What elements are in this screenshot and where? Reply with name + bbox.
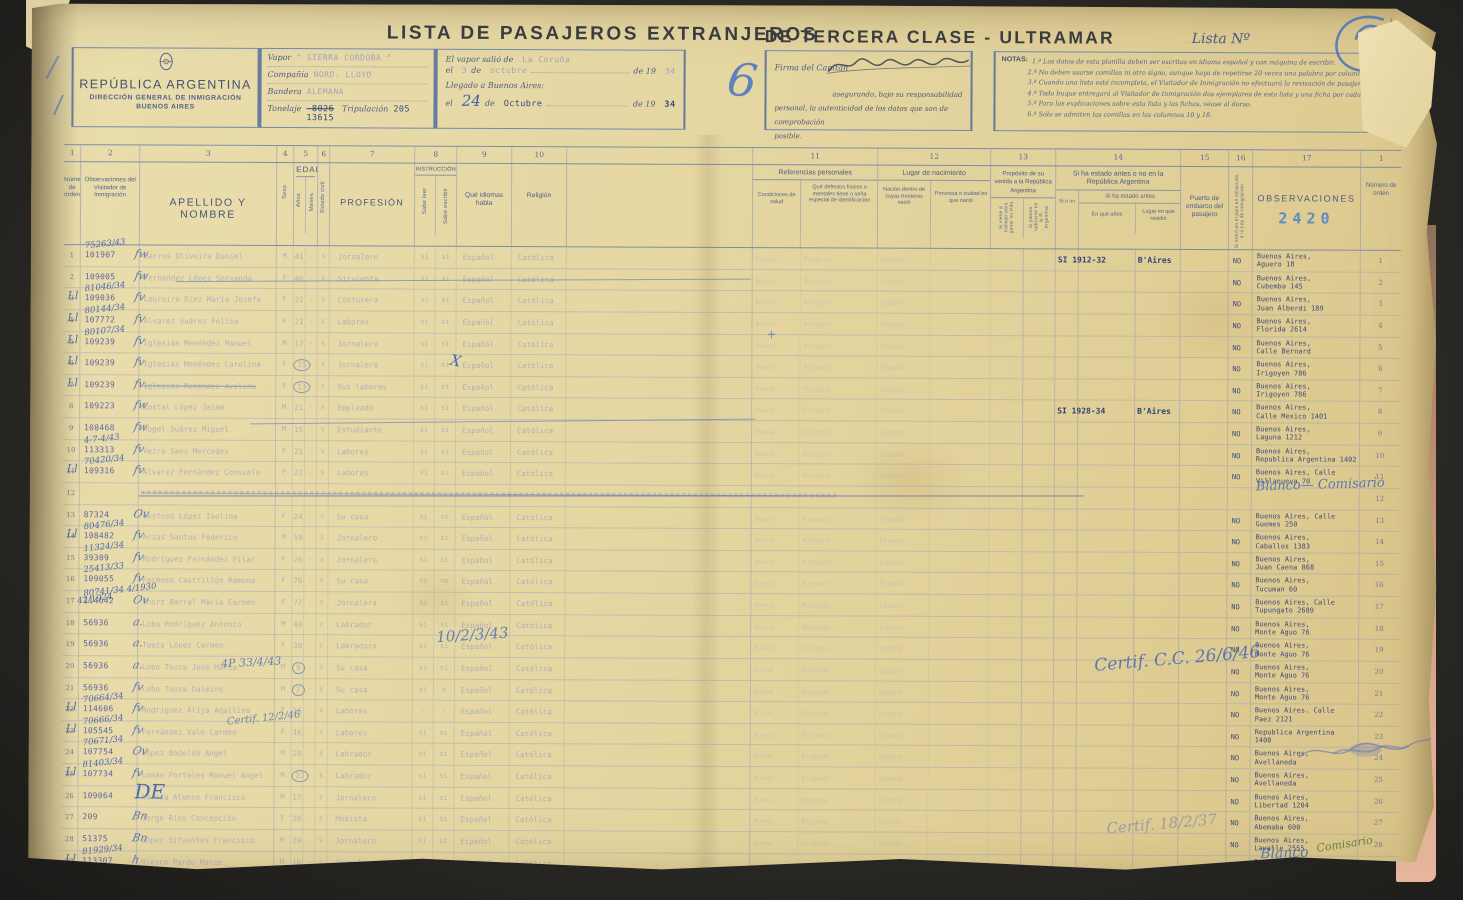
cell-meses: -: [305, 311, 317, 332]
cell-nac: España: [878, 249, 931, 270]
cell-anosA: [1078, 358, 1135, 379]
cell-leer: si: [413, 679, 434, 700]
cell-prof: Labrador: [328, 765, 413, 786]
cell-pb: [1023, 379, 1055, 400]
cell-puerto: [1180, 336, 1228, 357]
cell-sino: [1054, 552, 1077, 573]
cell-def: Ninguno: [799, 702, 876, 723]
cell-obs: Buenos Aires,Irigoyen 786: [1252, 380, 1360, 401]
cell-no: NO: [1228, 380, 1252, 401]
cancel-pen-line: [139, 495, 1084, 496]
cell-idb: Ll81403/34107734fv: [79, 764, 138, 785]
cell-def: Ninguno: [798, 789, 875, 810]
cell-prov: [928, 789, 988, 810]
cell-anosA: [1078, 509, 1135, 530]
cell-pa: [990, 357, 1023, 378]
cell-n: 10: [63, 440, 80, 461]
cell-sino: [1055, 466, 1078, 487]
cell-anosA: [1076, 790, 1133, 811]
visitador-id-number: 114606: [83, 704, 114, 713]
visitador-id-number: 113313: [84, 445, 115, 454]
cell-anios: 19: [293, 527, 305, 548]
cell-leer: si: [414, 311, 435, 332]
cell-meses: [303, 873, 315, 894]
passenger-name: Costal López Jaime: [143, 403, 224, 412]
cell-gap: [565, 701, 751, 722]
cell-rel: Católica: [510, 615, 565, 636]
cell-lug: [1135, 423, 1180, 444]
cell-rel: Católica: [511, 528, 566, 549]
cell-esc: -: [434, 701, 455, 722]
visitador-id-number: 107772: [85, 315, 116, 324]
cell-no: NO: [1227, 575, 1251, 596]
cell-pa: [988, 855, 1021, 876]
cell-nr: 9: [1360, 424, 1400, 445]
cell-leer: si: [414, 463, 435, 484]
cell-idi: Español: [456, 506, 511, 527]
cell-nac: España: [877, 508, 930, 529]
cell-sal: [750, 875, 798, 896]
cell-nr: 13: [1360, 510, 1400, 531]
cell-prof: Sirvienta: [330, 268, 415, 289]
cell-anosA: [1077, 704, 1134, 725]
cell-no: NO: [1228, 510, 1252, 531]
cell-lug: [1133, 877, 1178, 898]
cell-prov: [929, 681, 989, 702]
cell-est: c: [316, 614, 328, 635]
cell-def: Ninguno: [798, 767, 875, 788]
cell-pb: [1023, 509, 1055, 530]
cell-puerto: [1180, 423, 1228, 444]
cell-sal: Buena: [751, 745, 799, 766]
cell-prov: [929, 595, 989, 616]
cell-no: NO: [1228, 531, 1252, 552]
cell-leer: si: [413, 593, 434, 614]
cell-prov: [930, 335, 990, 356]
age-value: 21: [294, 317, 303, 326]
cell-nr: 18: [1359, 618, 1399, 639]
cell-nm: Lobo Rodríguez Antonio: [138, 613, 275, 634]
cell-prof: Su casa: [328, 657, 413, 678]
cell-prov: [929, 746, 989, 767]
notas-label: NOTAS:: [1002, 56, 1028, 63]
cell-nac: España: [876, 551, 929, 572]
cell-idi: Español: [454, 852, 509, 873]
age-value: 21: [295, 295, 304, 304]
cell-prof: Jornalero: [330, 246, 415, 267]
cell-est: v: [316, 571, 328, 592]
visitador-id-number: 56936: [83, 683, 109, 692]
cell-pa: [990, 509, 1023, 530]
cell-pa: [990, 465, 1023, 486]
visitador-id-number: 101907: [85, 250, 116, 259]
cell-leer: si: [414, 355, 435, 376]
cell-sino: [1055, 531, 1078, 552]
cell-prov: [928, 854, 988, 875]
org-office: DIRECCIÓN GENERAL DE INMIGRACIÓN: [73, 94, 257, 102]
cell-prof: Jornalero: [328, 549, 413, 570]
cell-sino: [1054, 639, 1077, 660]
cell-sino: [1053, 833, 1076, 854]
cell-def: Ninguno: [800, 313, 877, 334]
cell-rel: Católica: [511, 312, 566, 333]
cell-leer: si: [413, 722, 434, 743]
cell-anios: 22: [292, 765, 304, 786]
cell-est: s: [315, 852, 327, 873]
cell-sino: [1054, 660, 1077, 681]
cell-sino: [1053, 877, 1076, 898]
cell-no: [1226, 877, 1250, 898]
cell-sal: Buena: [751, 681, 799, 702]
cell-n: 27: [61, 807, 78, 828]
cell-meses: -: [304, 700, 316, 721]
cell-obs: Buenos Aires,Tucuman 60: [1251, 575, 1359, 596]
passenger-table: 1 2 3 4 5 6 7 8 9 10 11 12 13 14 15 16 1…: [61, 144, 1401, 900]
cell-sino: [1054, 747, 1077, 768]
cell-sexo: F: [276, 462, 293, 483]
cell-esc: no: [434, 571, 455, 592]
cell-est: s: [315, 808, 327, 829]
cell-anosA: [1079, 293, 1136, 314]
cell-nr: 26: [1358, 791, 1398, 812]
age-value: 22: [294, 468, 303, 477]
visitador-id-number: 109005: [85, 272, 116, 281]
firma-text2: personal, la autenticidad de los datos q…: [774, 101, 962, 130]
cell-nm: López Sifuentes Francisco: [137, 829, 274, 850]
cell-prov: [928, 768, 988, 789]
cell-sal: Buena: [750, 854, 798, 875]
cell-est: s: [317, 462, 329, 483]
cell-est: s: [316, 722, 328, 743]
cell-meses: -: [305, 441, 317, 462]
cell-sal: Buena: [753, 291, 801, 312]
header-observaciones: OBSERVACIONES 2420: [1253, 167, 1361, 249]
cell-def: Ninguno: [801, 248, 878, 269]
cell-def: Ninguno: [800, 378, 877, 399]
cell-meses: -: [304, 657, 316, 678]
compania-value: NORD. LLOYD: [313, 70, 372, 79]
header-instruccion-group: INSTRUCCIÓN Sabe leer Sabe escribir: [415, 164, 457, 246]
cell-anosA: [1077, 617, 1134, 638]
cell-obs: Buenos Aires,Calle Mexico 1401: [1252, 402, 1360, 423]
cell-est: s: [318, 289, 330, 310]
cell-nac: España: [878, 292, 931, 313]
cell-anios: 21: [293, 311, 305, 332]
cell-def: Ninguno: [798, 832, 875, 853]
cell-esc: si: [434, 593, 455, 614]
cell-sino: [1053, 790, 1076, 811]
cell-est: s: [316, 700, 328, 721]
cell-rel: [509, 874, 564, 895]
cell-anios: 21: [293, 441, 305, 462]
cell-nm: Lobo Touza Dalmiro: [138, 678, 275, 699]
cell-sal: Buena: [751, 724, 799, 745]
cell-n: 9: [63, 418, 80, 439]
passenger-name: Touza López Carmen: [142, 641, 223, 650]
tonelaje-label: Tonelaje: [267, 104, 301, 113]
cell-no: NO: [1228, 466, 1252, 487]
cell-puerto: [1180, 509, 1228, 530]
passenger-name: Rogel Suárez Miguel: [143, 424, 229, 433]
cell-meses: -: [304, 765, 316, 786]
cell-sexo: M: [275, 765, 292, 786]
cell-est: s: [317, 506, 329, 527]
cell-prof: Jornalera: [329, 354, 414, 375]
passenger-name: Iglesias Menéndez Carolina: [143, 360, 260, 370]
visitador-id-number: 107754: [83, 748, 114, 757]
cell-sino: [1055, 422, 1078, 443]
cell-sal: Buena: [751, 659, 799, 680]
cell-idb: 75263/43101907fw: [81, 245, 140, 266]
cell-no: NO: [1227, 553, 1251, 574]
cell-puerto: [1179, 553, 1227, 574]
cell-leer: si: [414, 506, 435, 527]
cell-nm: xxxxxxxxxxxxxxxxxxxxxxxxxxxxxxxxxxxxxxxx…: [139, 483, 276, 504]
cell-sexo: F: [275, 549, 292, 570]
cell-lug: [1135, 509, 1180, 530]
cell-sino: [1055, 379, 1078, 400]
cell-def: Ninguno: [800, 529, 877, 550]
cell-sexo: F: [276, 354, 293, 375]
argentina-shield-icon: [158, 52, 173, 70]
visitador-id-number: 109036: [85, 293, 116, 302]
page-subtitle: DE TERCERA CLASE - ULTRAMAR: [765, 26, 1115, 49]
handwritten-list-mark: 6: [724, 51, 761, 109]
cell-pa: [990, 336, 1023, 357]
age-value: 40: [293, 620, 302, 629]
cell-meses: -: [304, 679, 316, 700]
cell-puerto: [1179, 726, 1227, 747]
cell-idi: Español: [456, 312, 511, 333]
cell-prof: Labrador: [328, 614, 413, 635]
cell-pb: [1022, 552, 1054, 573]
passenger-name: Álvarez Fernández Consuelo: [143, 468, 260, 478]
cell-sexo: M: [275, 679, 292, 700]
cell-rel: Católica: [512, 247, 567, 268]
header-edad-group: EDAD Años Meses: [294, 163, 318, 245]
cell-lug: [1135, 358, 1180, 379]
cell-no: NO: [1229, 250, 1253, 271]
cell-est: s: [317, 333, 329, 354]
cell-gap: [566, 507, 752, 528]
cell-pa: [989, 660, 1022, 681]
margin-pen-slash: [53, 95, 64, 116]
header-apellido-nombre: APELLIDO Y NOMBRE: [140, 162, 277, 245]
vapor-label: Vapor: [268, 53, 292, 62]
cell-meses: -: [303, 830, 315, 851]
salio-label: El vapor salió de: [446, 55, 514, 64]
cell-sal: Buena: [752, 356, 800, 377]
cell-pb: [1022, 595, 1054, 616]
age-value: 9: [292, 662, 305, 674]
cell-nm: Rodríguez Fernández Pilar: [138, 548, 275, 569]
cell-lug: [1134, 704, 1179, 725]
cell-sexo: F: [275, 722, 292, 743]
cell-no: NO: [1227, 618, 1251, 639]
cell-no: NO: [1226, 812, 1250, 833]
cell-no: NO: [1229, 272, 1253, 293]
cell-obs: Buenos Aires,Juan Caena 868: [1251, 553, 1359, 574]
age-value: 17: [292, 793, 301, 802]
cell-obs: Buenos Aires,Monte Aguo 76: [1251, 618, 1359, 639]
cell-nm: Iglesias Menéndez Avelina: [139, 375, 276, 396]
cell-nac: España: [877, 314, 930, 335]
passenger-name: Lobo Touza Dalmiro: [142, 684, 223, 693]
header-infraccion: Si entró en el país en infracción a la L…: [1229, 167, 1253, 249]
cell-n: 13: [63, 505, 80, 526]
cell-prof: Jornalero: [327, 787, 412, 808]
cell-est: s: [316, 657, 328, 678]
cell-obs: Buenos Aires,Monte Aguo 76: [1251, 683, 1359, 704]
cell-lug: [1135, 444, 1180, 465]
cell-prov: [929, 725, 989, 746]
cell-prof: Su casa: [328, 679, 413, 700]
cell-anios: 17: [293, 333, 305, 354]
cell-rel: Católica: [511, 507, 566, 528]
cell-sexo: M: [276, 333, 293, 354]
cell-rel: Católica: [510, 723, 565, 744]
cell-lug: [1134, 682, 1179, 703]
cell-anios: 22: [293, 462, 305, 483]
cell-idi: Español: [455, 550, 510, 571]
cell-rel: Católica: [512, 290, 567, 311]
cell-pb: [1022, 682, 1054, 703]
cell-pb: [1024, 249, 1056, 270]
cell-prof: Labores: [328, 700, 413, 721]
cell-gap: [566, 312, 752, 333]
cell-n: 1: [64, 245, 81, 266]
cell-sexo: M: [276, 527, 293, 548]
passenger-name: Fernández Vale Carmen: [142, 727, 237, 736]
cell-pa: [990, 444, 1023, 465]
visitador-id-number: 56936: [83, 618, 109, 627]
age-value: 77: [293, 598, 302, 607]
passenger-name: Iglesias Menéndez Avelina: [143, 381, 256, 390]
cell-prov: [930, 314, 990, 335]
cell-pb: [1024, 271, 1056, 292]
cell-pb: [1021, 768, 1053, 789]
cell-no: NO: [1229, 293, 1253, 314]
cell-nm: Arias Santos Federico: [139, 527, 276, 548]
cell-nm: Touza López Carmen: [138, 635, 275, 656]
cell-esc: si: [435, 463, 456, 484]
cell-anios: 16: [292, 722, 304, 743]
cell-prov: [930, 379, 990, 400]
cell-idi: Español: [454, 787, 509, 808]
cell-idi: Español: [456, 333, 511, 354]
cell-no: NO: [1227, 683, 1251, 704]
cell-prof: Labradora: [328, 635, 413, 656]
cell-puerto: [1180, 401, 1228, 422]
visitador-id-number: 109055: [83, 575, 114, 584]
cell-puerto: [1178, 834, 1226, 855]
cell-obs: Buenos Aires,Florida 2614: [1252, 315, 1360, 336]
cell-idb: [78, 872, 137, 893]
cell-esc: si: [434, 744, 455, 765]
cell-nr: 1: [1361, 251, 1401, 272]
cell-anosA: [1076, 769, 1133, 790]
cell-prof: Labores: [329, 462, 414, 483]
cell-def: Ninguno: [799, 594, 876, 615]
cell-pb: [1022, 725, 1054, 746]
cell-n: 8: [63, 396, 80, 417]
cell-anosA: [1077, 574, 1134, 595]
cell-lug: [1135, 380, 1180, 401]
passenger-name: Loureiro Diez María Josefa: [144, 295, 261, 305]
cell-idi: [454, 874, 509, 895]
cell-gap: [565, 637, 751, 658]
scanned-ledger-photo: LISTA DE PASAJEROS EXTRANJEROS DE TERCER…: [0, 0, 1463, 900]
cell-nr: 3: [1361, 294, 1401, 315]
cell-obs: [1250, 877, 1358, 898]
header-profesion: PROFESIÓN: [330, 163, 415, 245]
cell-obs: Buenos Aires,Monte Aguo 76: [1251, 640, 1359, 661]
org-country: REPÚBLICA ARGENTINA: [74, 77, 258, 92]
cell-pb: [1021, 812, 1053, 833]
cell-nm: Formoso Castrillón Ramona: [138, 570, 275, 591]
cell-nm: Barros Oliveira Daniel: [140, 245, 277, 266]
cell-nr: 21: [1359, 683, 1399, 704]
passenger-name: Jorge Rios Concepción: [141, 814, 236, 823]
cell-sino: [1056, 271, 1079, 292]
cell-pb: [1021, 790, 1053, 811]
margin-pen-slash: [46, 55, 60, 79]
cell-nm: Riesco Pardo Mateo: [137, 851, 274, 872]
passenger-name: Short Barral María Carmen: [142, 597, 255, 606]
cell-prof: Jornalero: [327, 852, 412, 873]
compania-label: Compañía: [268, 70, 309, 79]
cell-esc: si: [433, 809, 454, 830]
cell-sal: Buena: [751, 616, 799, 637]
ship-box: Vapor" SIERRA CORDOBA " CompañíaNORD. LL…: [259, 48, 435, 129]
age-value: 70: [293, 576, 302, 585]
header-proposito-group: Propósito de su venida a la República Ar…: [991, 166, 1056, 248]
passenger-name: Lobo Rodríguez Antonio: [142, 619, 241, 628]
cell-sino: SI 1912-32: [1056, 249, 1079, 270]
cell-pb: [1022, 660, 1054, 681]
cell-prov: [931, 270, 991, 291]
cell-def: Ninguno: [799, 746, 876, 767]
cell-def: Ninguno: [799, 681, 876, 702]
cell-pa: [988, 876, 1021, 897]
visitador-id-number: 87324: [84, 510, 110, 519]
table-header: Número de orden Observaciones del Visita…: [64, 162, 1401, 251]
cell-nac: España: [876, 638, 929, 659]
cell-no: NO: [1226, 834, 1250, 855]
cell-leer: si: [412, 852, 433, 873]
cell-meses: -: [306, 289, 318, 310]
ll-mark: Ll: [65, 852, 76, 865]
cell-pa: [991, 249, 1024, 270]
age-value: 38: [293, 641, 302, 650]
cell-nr: 16: [1359, 575, 1399, 596]
cell-nm: Álvarez Fernández Consuelo: [139, 462, 276, 483]
cell-pa: [988, 790, 1021, 811]
cell-pb: [1022, 617, 1054, 638]
cell-prof: Sus labores: [329, 376, 414, 397]
passenger-name: Rodríguez Alija Aquilina: [142, 706, 250, 715]
cell-prof: [327, 873, 412, 894]
cell-sal: Buena: [753, 270, 801, 291]
cell-idi: Español: [455, 701, 510, 722]
cell-nac: España: [877, 335, 930, 356]
cell-meses: -: [305, 527, 317, 548]
cell-obs: Buenos Aires, CalleTupungato 2689: [1251, 596, 1359, 617]
passenger-name: Arias Santos Federico: [143, 533, 238, 542]
cell-anios: 46: [294, 268, 306, 289]
cell-prov: [930, 422, 990, 443]
cell-gap: [566, 334, 752, 355]
